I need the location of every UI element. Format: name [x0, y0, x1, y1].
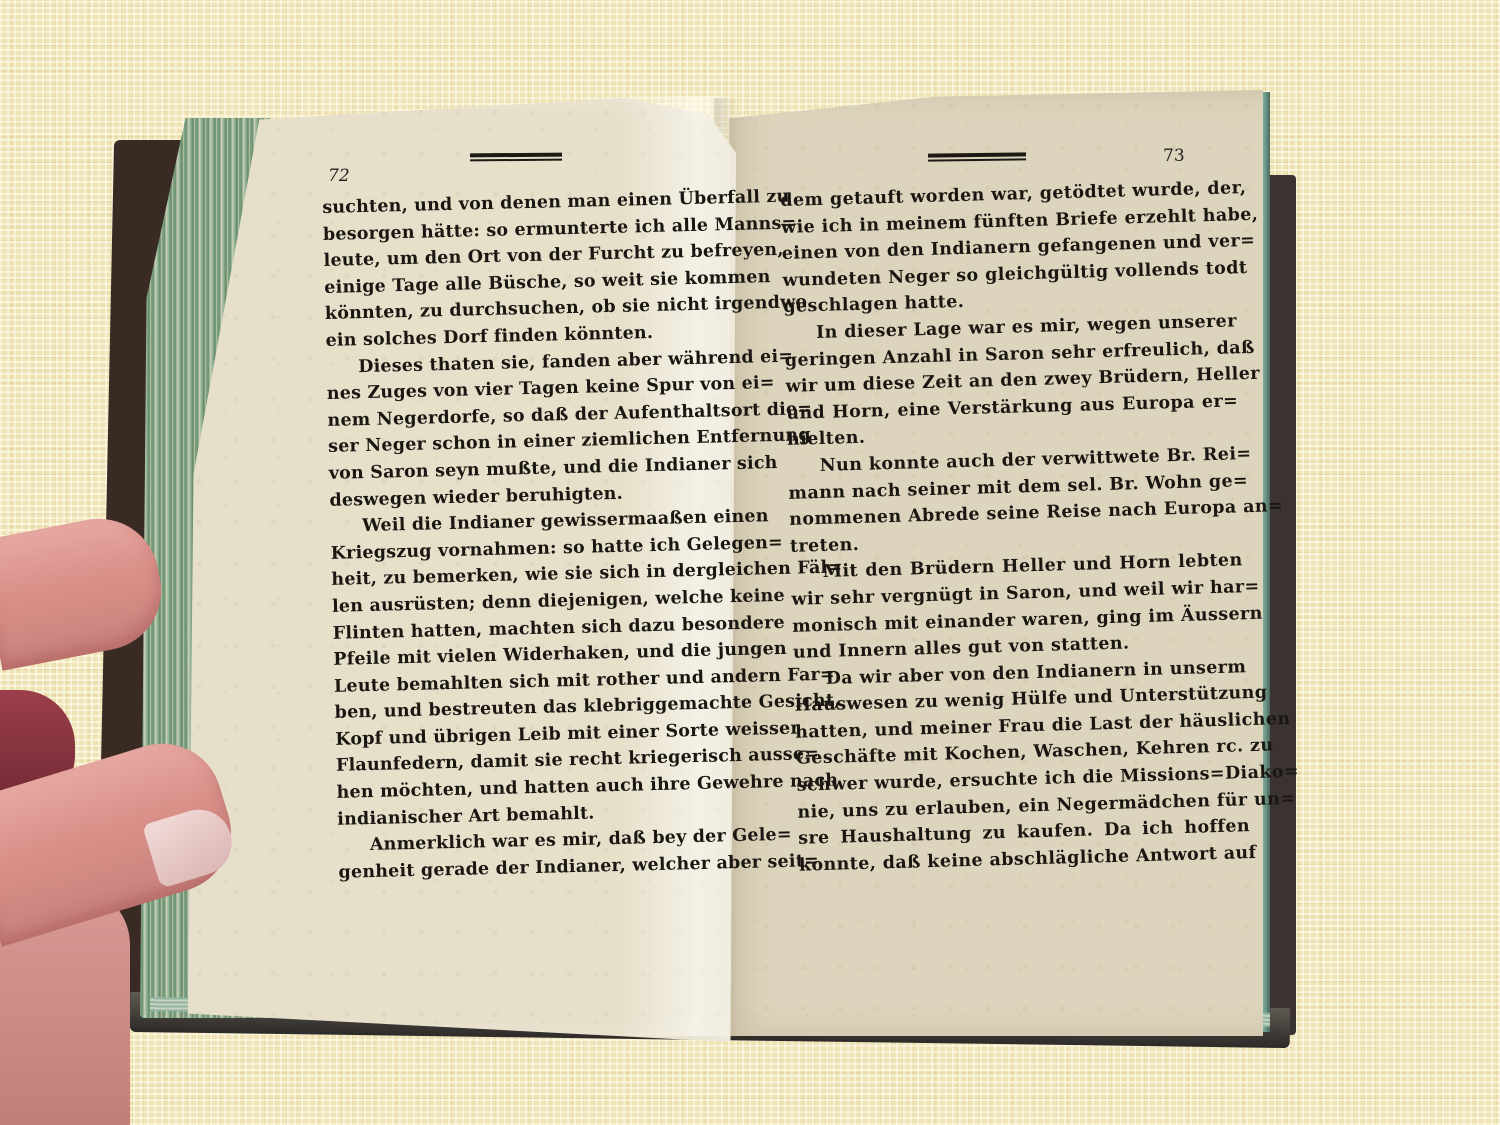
- header-rule-left: [470, 153, 562, 162]
- right-page-text: dem getauft worden war, getödtet wurde, …: [780, 175, 1251, 879]
- header-rule-right: [928, 152, 1026, 161]
- page-number-right: 73: [1163, 146, 1185, 166]
- page-number-left: 72: [328, 166, 350, 186]
- book-cover-right: [1268, 175, 1296, 1035]
- left-page-text: suchten, und von denen man einen Überfal…: [322, 185, 732, 886]
